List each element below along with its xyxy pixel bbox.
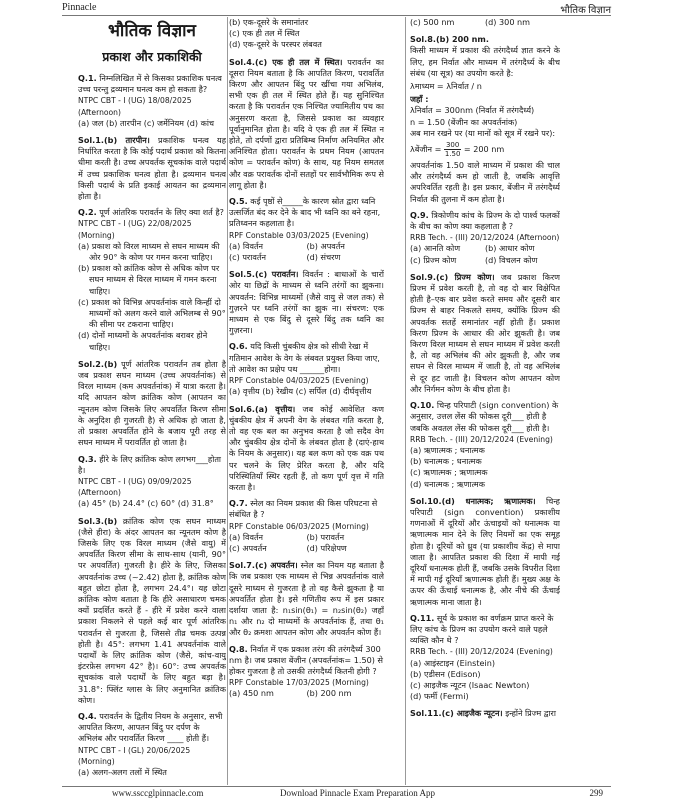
section-name: भौतिक विज्ञान: [560, 2, 611, 16]
column-3: (c) 500 nm(d) 300 nm Sol.8.(b) 200 nm. क…: [410, 17, 560, 785]
question-1: Q.1. निम्नलिखित में से किसका प्रकाशिक घन…: [78, 73, 226, 129]
option-d: (d) धनात्मक ; ऋणात्मक: [410, 479, 560, 490]
option-b: (b) एडीसन (Edison): [410, 669, 560, 680]
option-a: (a) ऋणात्मक ; धनात्मक: [410, 445, 560, 456]
chapter-title: भौतिक विज्ञान: [78, 19, 226, 43]
option-c: (c) 500 nm: [410, 17, 485, 28]
question-3: Q.3. हीरे के लिए क्रांतिक कोण लगभग___होत…: [78, 454, 226, 510]
option-d: (d) 300 nm: [485, 17, 560, 28]
solution-7: Sol.7.(c) अपवर्तन। स्नेल का नियम यह बतात…: [229, 560, 384, 638]
formula-benzene: λबेंजीन = 3001.50 = 200 nm: [410, 141, 560, 158]
publisher-name: Pinnacle: [62, 2, 96, 13]
question-8: Q.8. निर्वात में एक प्रकाश तरंग की तरंगद…: [229, 644, 384, 700]
question-9: Q.9. त्रिकोणीय कांच के प्रिज्म के दो पार…: [410, 210, 560, 266]
solution-1: Sol.1.(b) तारपीन। प्रकाशिक घनत्व यह निर्…: [78, 135, 226, 202]
exam-source: RPF Constable 03/03/2025 (Evening): [229, 230, 384, 241]
option-a: (a) आइंस्टाइन (Einstein): [410, 658, 560, 669]
solution-4: Sol.4.(c) एक ही तल में स्थित। परावर्तन क…: [229, 57, 384, 191]
option-b: (b) प्रकाश को क्रांतिक कोण से अधिक कोण प…: [78, 263, 226, 297]
exam-source: NTPC CBT - I (UG) 22/08/2025 (Morning): [78, 218, 226, 240]
exam-source: NTPC CBT - I (UG) 18/08/2025 (Afternoon): [78, 95, 226, 117]
options: (a) जल (b) तारपीन (c) जर्मेनियम (d) कांच: [78, 118, 226, 129]
option-a: (a) विवर्तन: [229, 241, 307, 252]
solution-3: Sol.3.(b) क्रांतिक कोण एक सघन माध्यम (जै…: [78, 516, 226, 706]
exam-source: RPF Constable 06/03/2025 (Morning): [229, 521, 384, 532]
option-b: (b) 200 nm: [307, 688, 385, 699]
option-d: (d) परिक्षेपण: [307, 543, 385, 554]
solution-9: Sol.9.(c) प्रिज्म कोण। जब प्रकाश किरण प्…: [410, 272, 560, 395]
exam-source: NTPC CBT - I (GL) 20/06/2025 (Morning): [78, 745, 226, 767]
option-d: (d) विचलन कोण: [485, 255, 560, 266]
column-1: भौतिक विज्ञान प्रकाश और प्रकाशिकी Q.1. न…: [78, 17, 226, 785]
options: (a) 45° (b) 24.4° (c) 60° (d) 31.8°: [78, 498, 226, 509]
question-4: Q.4. परावर्तन के द्वितीय नियम के अनुसार,…: [78, 711, 226, 778]
option-a: (a) आनति कोण: [410, 243, 485, 254]
app-promo: Download Pinnacle Exam Preparation App: [280, 788, 435, 798]
option-c: (c) आइजैक न्यूटन (Isaac Newton): [410, 680, 560, 691]
option-b: (b) परावर्तन: [307, 532, 385, 543]
option-b: (b) आधार कोण: [485, 243, 560, 254]
option-b: (b) अपवर्तन: [307, 241, 385, 252]
option-c: (c) परावर्तन: [229, 252, 307, 263]
footer-rule: [62, 786, 611, 787]
question-10: Q.10. चिन्ह परिपाटी (sign convention) के…: [410, 400, 560, 490]
chapter-subtitle: प्रकाश और प्रकाशिकी: [78, 47, 226, 67]
option-b: (b) एक-दूसरे के समानांतर: [229, 17, 384, 28]
option-a: (a) 450 nm: [229, 688, 307, 699]
option-a: (a) विवर्तन: [229, 532, 307, 543]
exam-source: NTPC CBT - I (UG) 09/09/2025 (Afternoon): [78, 476, 226, 498]
header-rule: [62, 15, 611, 16]
exam-source: RRB Tech. - (III) 20/12/2024 (Afternoon): [410, 232, 560, 243]
solution-5: Sol.5.(c) परावर्तन। विवर्तन : बाधाओं के …: [229, 269, 384, 336]
question-5: Q.5. कई पृष्ठों से_____के कारण स्रोत द्व…: [229, 196, 384, 263]
option-d: (d) दोनों माध्यमों के अपवर्तनांक बराबर ह…: [78, 330, 226, 352]
fraction: 3001.50: [444, 141, 461, 158]
exam-source: RPF Constable 17/03/2025 (Morning): [229, 677, 384, 688]
solution-2: Sol.2.(b) पूर्ण आंतरिक परावर्तन तब होता …: [78, 359, 226, 449]
page-number: 299: [590, 788, 604, 798]
option-c: (c) प्रिज्म कोण: [410, 255, 485, 266]
question-6: Q.6. यदि किसी चुंबकीय क्षेत्र को सीधी रे…: [229, 341, 384, 397]
option-a: (a) प्रकाश को विरल माध्यम से सघन माध्यम …: [78, 241, 226, 263]
option-c: (c) अपवर्तन: [229, 543, 307, 554]
column-2: (b) एक-दूसरे के समानांतर (c) एक ही तल मे…: [229, 17, 384, 785]
option-d: (d) फर्मी (Fermi): [410, 691, 560, 702]
option-d: (d) एक-दूसरे के परस्पर लंबवत: [229, 39, 384, 50]
exam-source: RPF Constable 04/03/2025 (Evening): [229, 375, 384, 386]
solution-8: Sol.8.(b) 200 nm. किसी माध्यम में प्रकाश…: [410, 34, 560, 205]
question-7: Q.7. स्नेल का नियम प्रकाश की किस परिघटना…: [229, 498, 384, 554]
formula-wavelength: λमाध्यम = λनिर्वात / n: [410, 81, 560, 92]
options: (a) वृत्तीय (b) रेखीय (c) सर्पिल (d) दीर…: [229, 386, 384, 397]
question-2: Q.2. पूर्ण आंतरिक परावर्तन के लिए क्या श…: [78, 207, 226, 353]
website-link[interactable]: www.ssccglpinnacle.com: [112, 788, 203, 798]
column-divider: [227, 17, 228, 785]
option-d: (d) संचरण: [307, 252, 385, 263]
solution-10: Sol.10.(d) धनात्मक; ऋणात्मक। चिन्ह परिपा…: [410, 496, 560, 608]
solution-11: Sol.11.(c) आइजैक न्यूटन। इन्होंने प्रिज्…: [410, 708, 560, 719]
option-c: (c) ऋणात्मक ; ऋणात्मक: [410, 467, 560, 478]
page-footer: www.ssccglpinnacle.com Download Pinnacle…: [62, 788, 611, 800]
solution-6: Sol.6.(a) वृत्तीय। जब कोई आवेशित कण चुंब…: [229, 404, 384, 494]
exam-source: RRB Tech. - (III) 20/12/2024 (Evening): [410, 646, 560, 657]
question-11: Q.11. सूर्य के प्रकाश का वर्णक्रम प्राप्…: [410, 613, 560, 703]
option-c: (c) एक ही तल में स्थित: [229, 28, 384, 39]
option-b: (b) धनात्मक ; धनात्मक: [410, 456, 560, 467]
option-c: (c) प्रकाश को विभिन्न अपवर्तनांक वाले कि…: [78, 297, 226, 331]
option-a: (a) अलग-अलग तलों में स्थित: [78, 767, 226, 778]
column-divider: [405, 17, 406, 785]
exam-source: RRB Tech. - (III) 20/12/2024 (Evening): [410, 434, 560, 445]
page-header: Pinnacle भौतिक विज्ञान: [62, 2, 611, 16]
